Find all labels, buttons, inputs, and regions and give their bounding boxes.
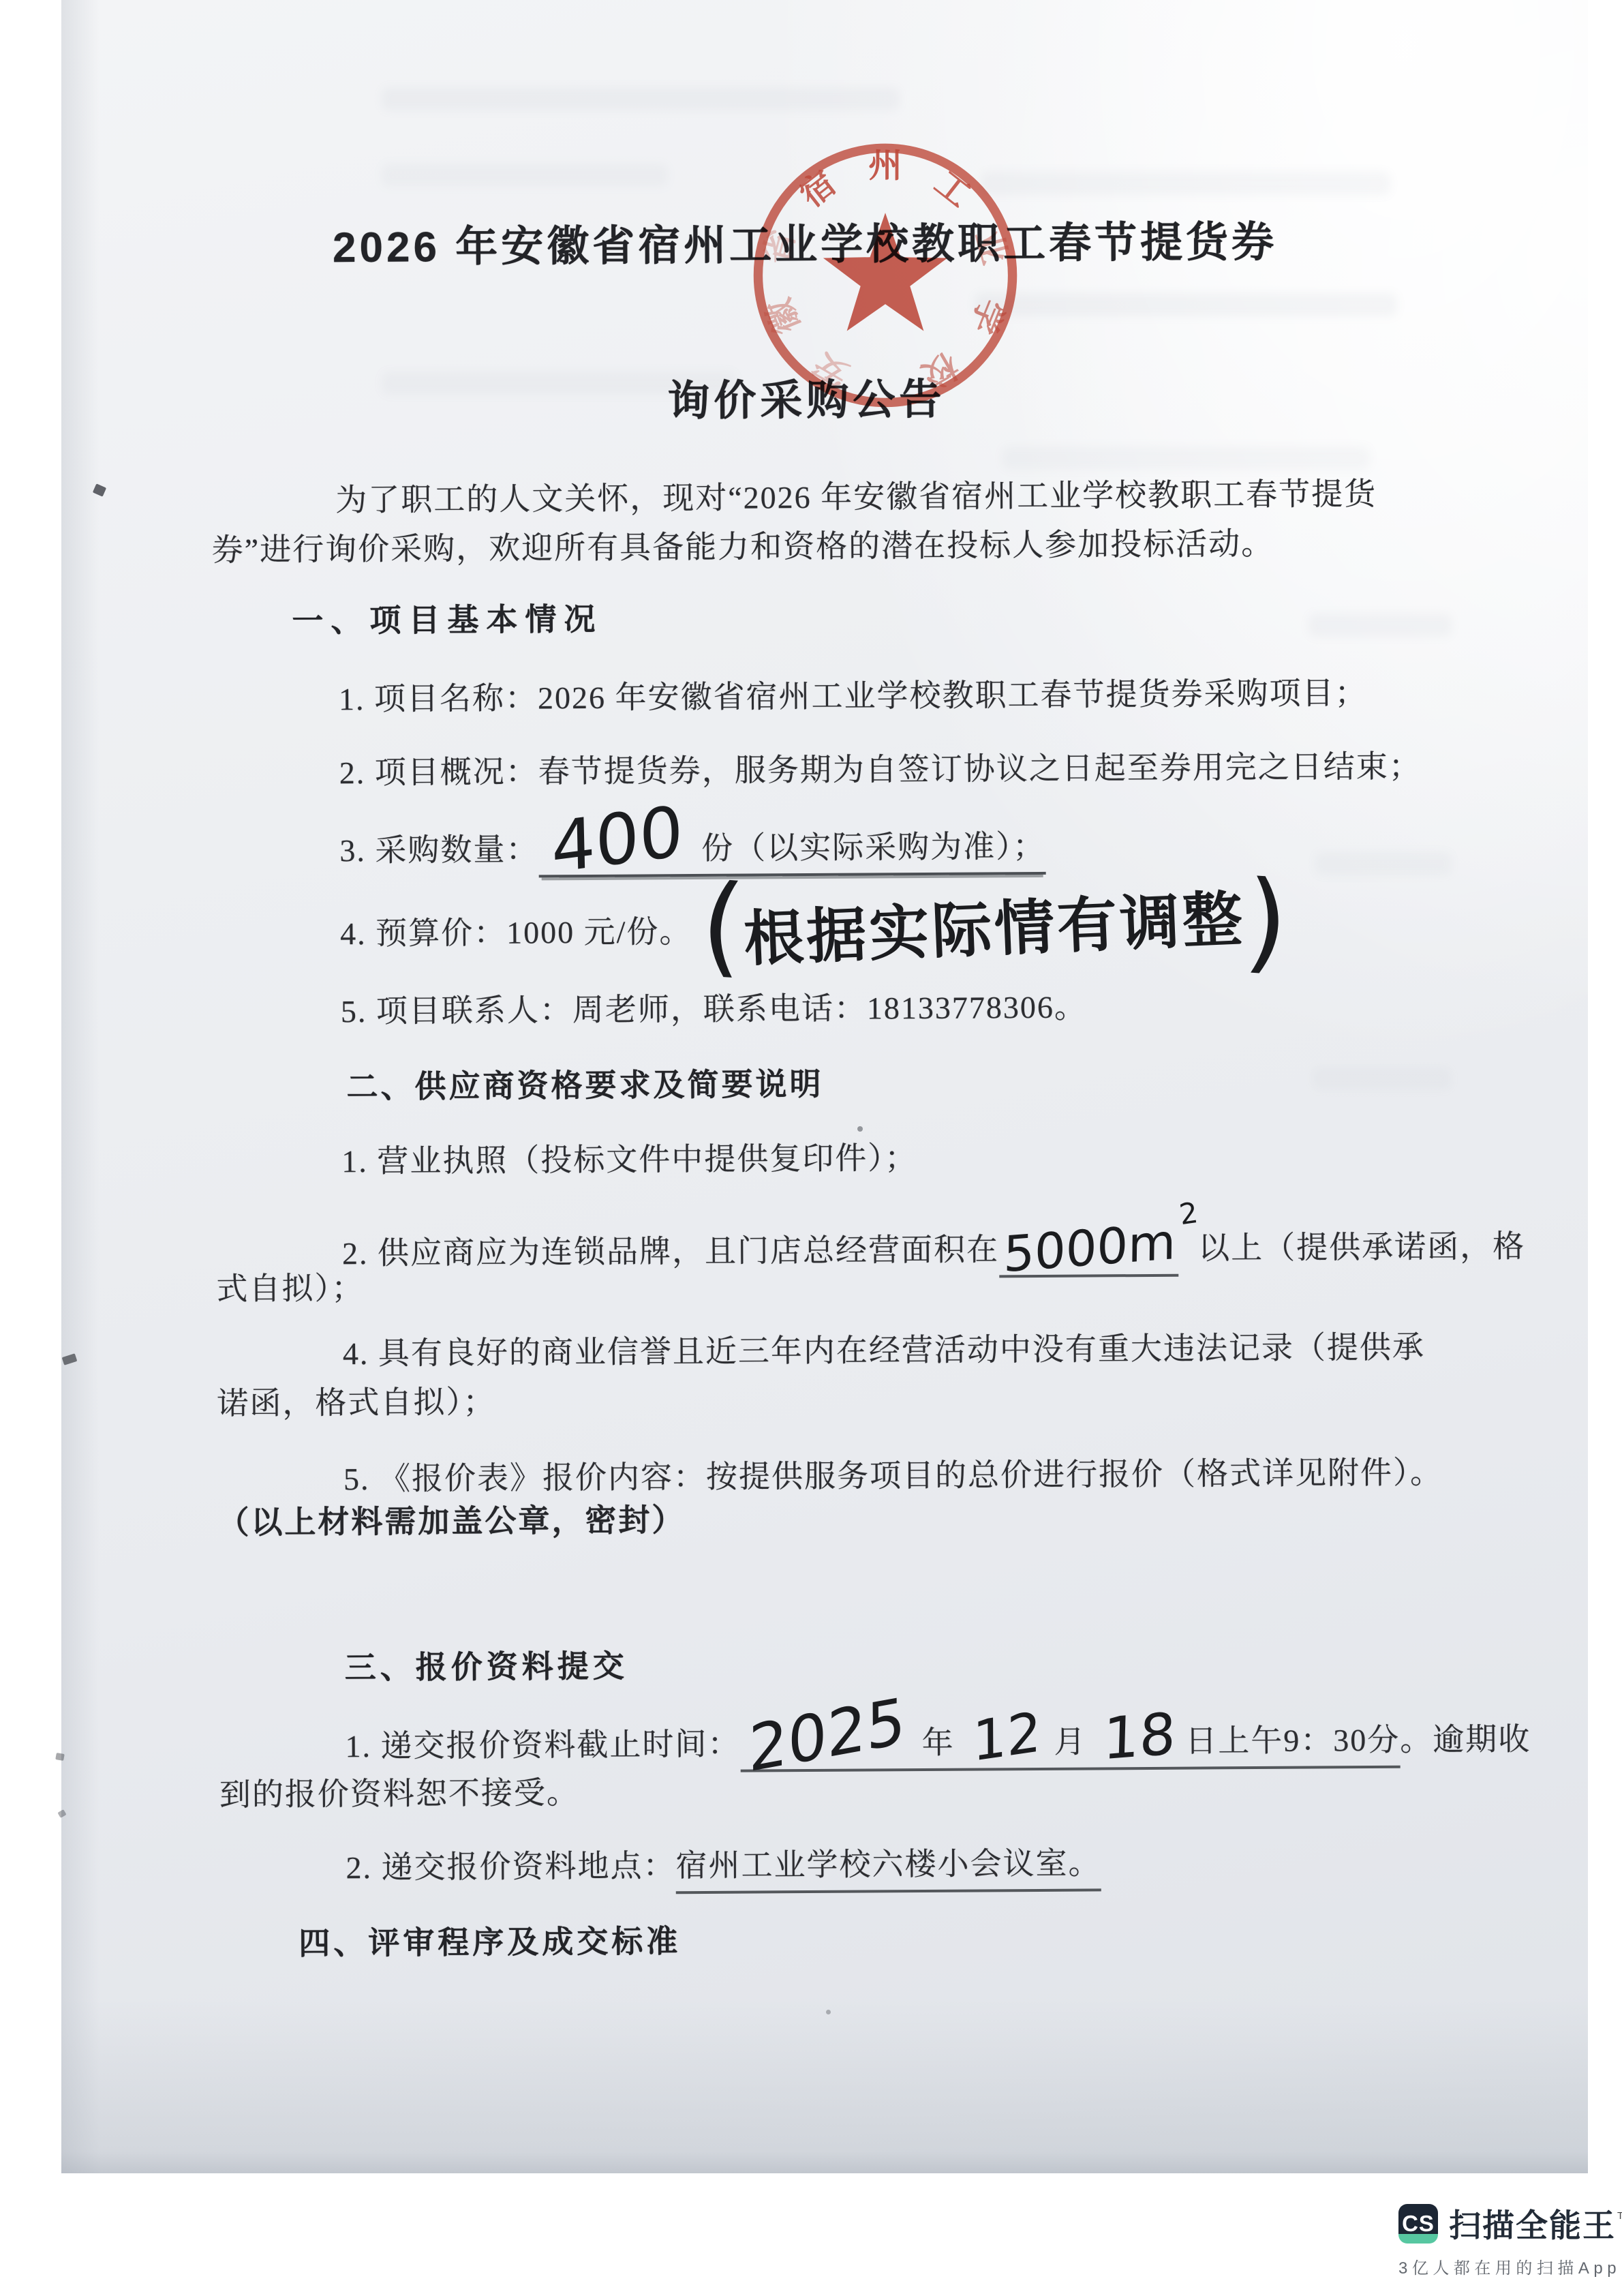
seal-ring-char: 省 [757, 226, 802, 269]
budget-handwritten-note: 根据实际情有调整 [744, 919, 1245, 939]
item2-prefix: 2. 供应商应为连锁品牌，且门店总经营面积在 [342, 1232, 999, 1271]
section3-item2: 2. 递交报价资料地点：宿州工业学校六楼小会议室。 [346, 1843, 1101, 1888]
section2-item4-line1: 4. 具有良好的商业信誉且近三年内在经营活动中没有重大违法记录（提供承 [343, 1327, 1425, 1375]
deadline-prefix: 1. 递交报价资料截止时间： [345, 1727, 740, 1764]
section4-heading: 四、评审程序及成交标准 [299, 1920, 681, 1963]
camscanner-watermark: CS 扫描全能王TM 3亿人都在用的扫描App [1398, 2201, 1596, 2278]
day-handwritten: 18 [1103, 1734, 1176, 1739]
section2-item2-line2: 式自拟）； [216, 1268, 364, 1310]
intro-paragraph-line1: 为了职工的人文关怀，现对“2026 年安徽省宿州工业学校教职工春节提货 [335, 474, 1377, 521]
item3-prefix: 3. 采购数量： [339, 832, 538, 868]
handwritten-paren-open: ( [701, 924, 744, 926]
area-handwritten: 5000m [1003, 1241, 1176, 1254]
seal-requirement-note: （以上材料需加盖公章，密封） [217, 1499, 685, 1543]
section1-item4: 4. 预算价：1000 元/份。 (根据实际情有调整) [340, 908, 1288, 954]
section1-item1: 1. 项目名称：2026 年安徽省宿州工业学校教职工春节提货券采购项目； [339, 673, 1368, 720]
seal-graphic: 安 徽 省 宿 州 工 业 学 校 [748, 140, 1022, 414]
area-underlined: 5000m [999, 1231, 1179, 1278]
scan-speck [857, 1126, 863, 1132]
section1-item3: 3. 采购数量：400份（以实际采购为准）； [339, 826, 1045, 871]
watermark-brand-row: CS 扫描全能王TM [1398, 2201, 1596, 2246]
time-text: 日上午9：30分 [1185, 1723, 1400, 1759]
section1-item2: 2. 项目概况：春节提货券，服务期为自签订协议之日起至券用完之日结束； [339, 746, 1422, 794]
year-handwritten: 2025 [748, 1721, 905, 1750]
section1-item5: 5. 项目联系人：周老师，联系电话：18133778306。 [341, 987, 1087, 1033]
seal-ring-char: 安 [806, 346, 854, 395]
watermark-tagline: 3亿人都在用的扫描App [1398, 2254, 1596, 2278]
seal-star-icon [823, 213, 947, 331]
seal-ring-char: 业 [968, 226, 1013, 269]
item4-prefix: 4. 预算价：1000 元/份。 [340, 914, 692, 951]
seal-ring-char: 宿 [793, 164, 843, 215]
camscanner-logo-icon: CS [1398, 2204, 1438, 2244]
section2-item4-line2: 诺函，格式自拟）； [217, 1382, 495, 1424]
section2-heading: 二、供应商资格要求及简要说明 [346, 1063, 823, 1107]
handwritten-paren-close: ) [1245, 920, 1287, 923]
year-label: 年 [921, 1725, 954, 1760]
trademark-symbol: TM [1617, 2210, 1622, 2222]
intro-paragraph-line2: 券”进行询价采购，欢迎所有具备能力和资格的潜在投标人参加投标活动。 [212, 524, 1274, 571]
scan-speck [55, 1753, 65, 1761]
seal-ring-char: 州 [868, 147, 902, 185]
item2-suffix: 以上（提供承诺函，格 [1198, 1229, 1525, 1266]
location-underlined: 宿州工业学校六楼小会议室。 [675, 1845, 1101, 1894]
scan-speck [57, 1809, 66, 1818]
seal-ring-char: 校 [915, 346, 964, 395]
deadline-tail: 逾期收 [1433, 1722, 1531, 1757]
item3-underlined-value: 400份（以实际采购为准）； [538, 829, 1045, 878]
seal-ring-char: 工 [928, 164, 977, 215]
deadline-period: 。 [1400, 1722, 1433, 1757]
watermark-brand-name: 扫描全能王TM [1449, 2201, 1622, 2246]
area-superscript: 2 [1180, 1213, 1197, 1215]
section1-heading: 一、项目基本情况 [292, 599, 602, 641]
section2-item1: 1. 营业执照（投标文件中提供复印件）； [341, 1138, 917, 1182]
quantity-handwritten: 400 [551, 832, 683, 849]
scanned-page: 2026 年安徽省宿州工业学校教职工春节提货券 询价采购公告 为了职工的人文关怀… [61, 0, 1588, 2173]
scan-speck [826, 2010, 831, 2014]
location-prefix: 2. 递交报价资料地点： [346, 1848, 675, 1885]
section2-item2-line1: 2. 供应商应为连锁品牌，且门店总经营面积在5000m2以上（提供承诺函，格 [342, 1212, 1526, 1275]
official-red-seal: 安 徽 省 宿 州 工 业 学 校 [748, 140, 1022, 414]
month-handwritten: 12 [973, 1732, 1041, 1742]
month-label: 月 [1054, 1725, 1086, 1759]
section3-heading: 三、报价资料提交 [345, 1646, 628, 1689]
section3-item1-line2: 到的报价资料恕不接受。 [219, 1772, 579, 1815]
deadline-underlined: 2025年12月18日上午9：30分 [740, 1723, 1400, 1772]
section2-item5: 5. 《报价表》报价内容：按提供服务项目的总价进行报价（格式详见附件）。 [343, 1452, 1443, 1500]
section3-item1-line1: 1. 递交报价资料截止时间：2025年12月18日上午9：30分。逾期收 [345, 1719, 1531, 1768]
brand-text: 扫描全能王 [1449, 2207, 1616, 2244]
item3-suffix: 份（以实际采购为准）； [701, 829, 1045, 866]
